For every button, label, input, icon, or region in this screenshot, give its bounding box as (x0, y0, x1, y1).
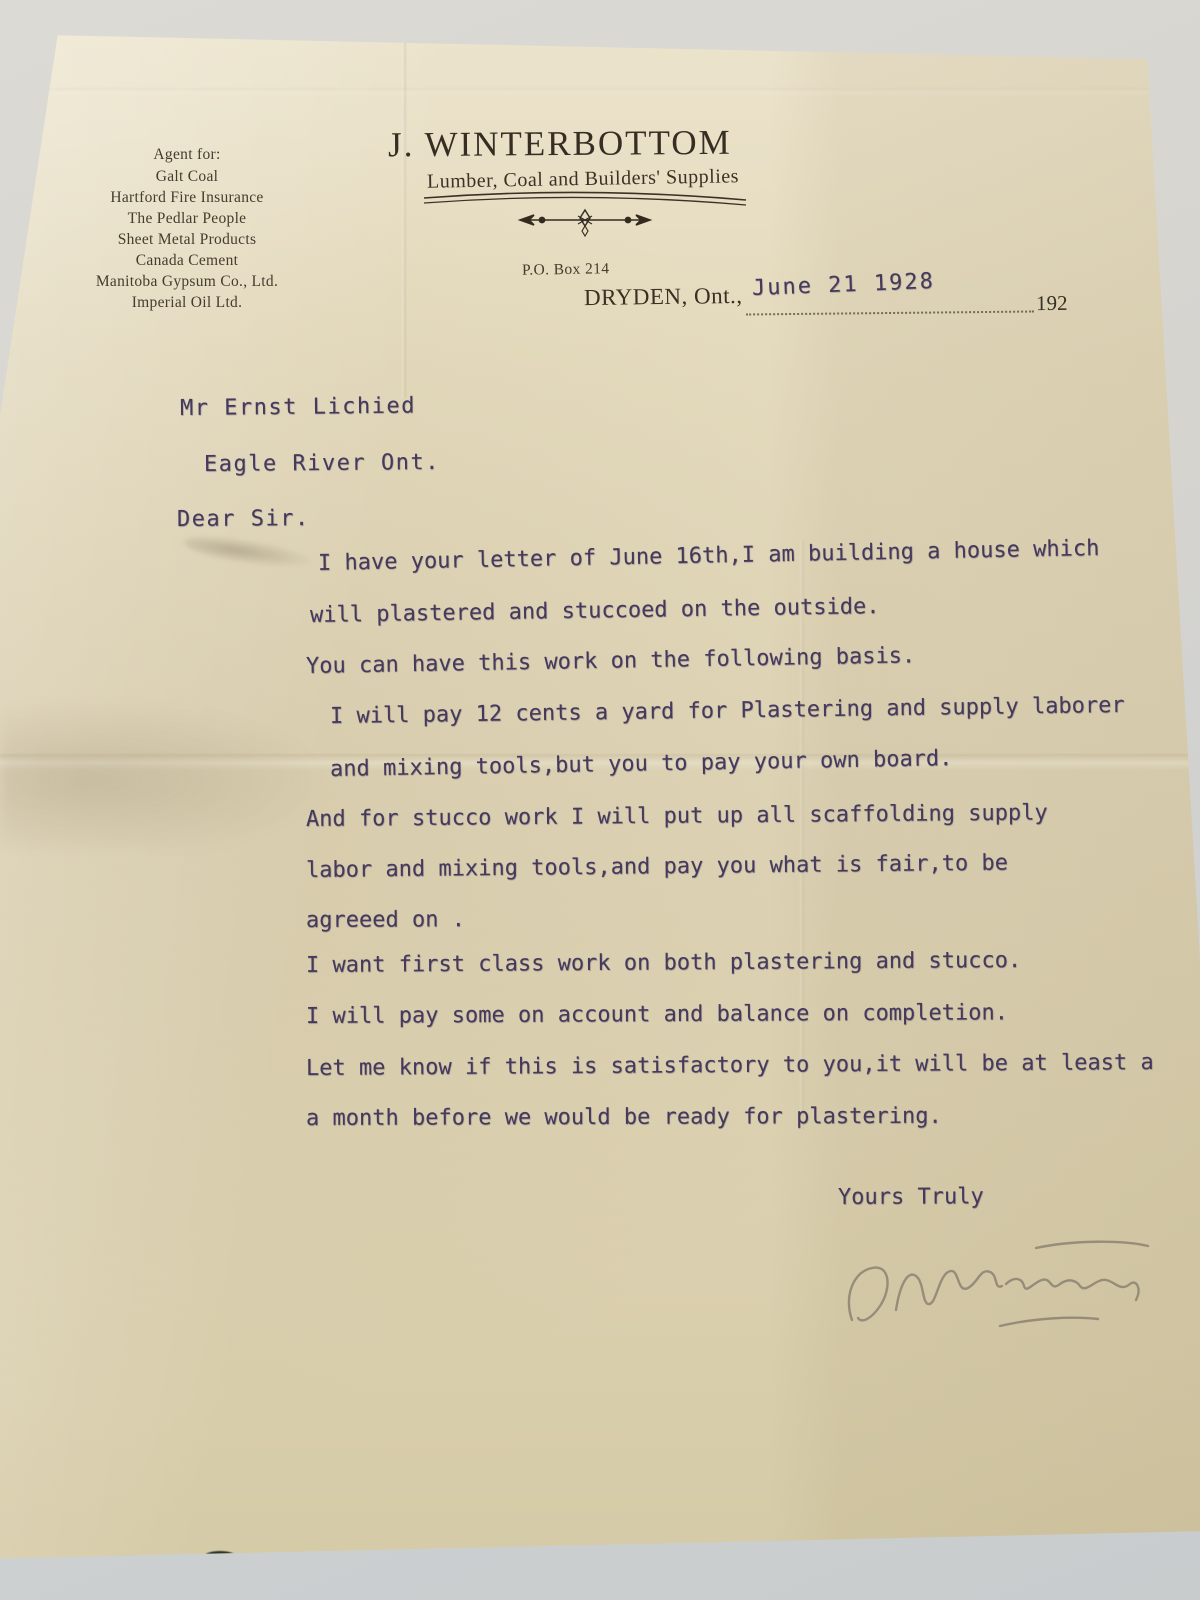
photo-background: Agent for: Galt Coal Hartford Fire Insur… (0, 0, 1200, 1600)
body-line: and mixing tools,but you to pay your own… (330, 746, 953, 782)
crease-vertical-middle (800, 540, 804, 1130)
closing: Yours Truly (838, 1184, 984, 1210)
city-line: DRYDEN, Ont., (584, 283, 743, 311)
pencil-smudge (182, 531, 314, 573)
agent-item: Manitoba Gypsum Co., Ltd. (52, 271, 322, 292)
body-line: a month before we would be ready for pla… (306, 1104, 942, 1131)
letter-paper: Agent for: Galt Coal Hartford Fire Insur… (0, 0, 1200, 1600)
body-line: You can have this work on the following … (306, 643, 916, 679)
fold-shadow (0, 698, 330, 848)
body-line: agreeed on . (306, 907, 465, 933)
crease-horizontal-top (0, 88, 1200, 96)
body-line: I want first class work on both plasteri… (306, 948, 1021, 978)
body-line: labor and mixing tools,and pay you what … (306, 851, 1008, 883)
double-rule-flourish-ornament (420, 190, 750, 238)
crease-vertical-top (402, 38, 406, 398)
printed-year-prefix: 192 (1036, 291, 1068, 316)
body-line: I have your letter of June 16th,I am bui… (318, 536, 1100, 576)
debris-speck (205, 1551, 235, 1560)
agent-item: Imperial Oil Ltd. (52, 292, 322, 313)
body-line: I will pay some on account and balance o… (306, 1000, 1008, 1029)
salutation: Dear Sir. (177, 506, 310, 532)
recipient-address: Eagle River Ont. (204, 450, 440, 477)
agent-item: Canada Cement (52, 250, 322, 271)
agent-heading: Agent for: (52, 144, 322, 165)
po-box: P.O. Box 214 (522, 260, 610, 280)
recipient-name: Mr Ernst Lichied (180, 394, 416, 421)
body-line: And for stucco work I will put up all sc… (306, 801, 1048, 832)
agent-list: Agent for: Galt Coal Hartford Fire Insur… (52, 144, 322, 313)
agent-item: Sheet Metal Products (52, 229, 322, 250)
signature-handwriting (838, 1222, 1158, 1342)
agent-item: The Pedlar People (52, 208, 322, 229)
agent-item: Galt Coal (52, 166, 322, 187)
business-name: J. WINTERBOTTOM (388, 123, 732, 165)
body-line: I will pay 12 cents a yard for Plasterin… (330, 693, 1125, 729)
body-line: will plastered and stuccoed on the outsi… (310, 594, 880, 628)
body-line: Let me know if this is satisfactory to y… (306, 1050, 1154, 1081)
agent-item: Hartford Fire Insurance (52, 187, 322, 208)
